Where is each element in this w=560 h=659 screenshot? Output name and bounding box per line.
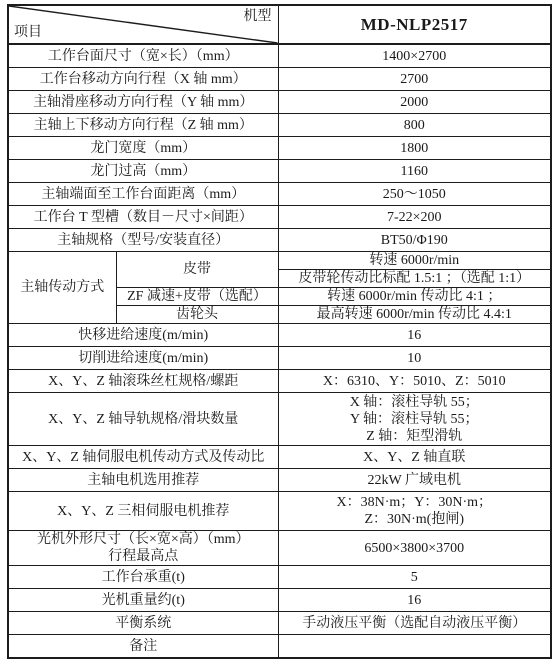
- transmission-group-label: 主轴传动方式: [8, 252, 116, 324]
- spec-label: 工作台 T 型槽（数目－尺寸×间距）: [8, 206, 278, 229]
- spec-sheet: 机型 项目 MD-NLP2517 工作台面尺寸（宽×长）（mm） 1400×27…: [7, 4, 552, 659]
- row-z-travel: 主轴上下移动方向行程（Z 轴 mm） 800: [8, 114, 551, 137]
- spec-value: 5: [278, 566, 551, 589]
- spec-value: BT50/Φ190: [278, 229, 551, 252]
- transmission-zf-value: 转速 6000r/min 传动比 4:1 ；: [278, 288, 551, 306]
- row-servo-link: X、Y、Z 轴伺服电机传动方式及传动比 X、Y、Z 轴直联: [8, 446, 551, 469]
- spec-value: 7-22×200: [278, 206, 551, 229]
- servo-motor-xy: X：38N·m；Y：30N·m；: [282, 494, 548, 511]
- row-t-slot: 工作台 T 型槽（数目－尺寸×间距） 7-22×200: [8, 206, 551, 229]
- spec-label: 主轴规格（型号/安装直径）: [8, 229, 278, 252]
- spec-label: 备注: [8, 635, 278, 659]
- spec-label: 龙门宽度（mm）: [8, 137, 278, 160]
- spec-value: 16: [278, 324, 551, 347]
- spec-value: 2000: [278, 91, 551, 114]
- spec-value: 1400×2700: [278, 44, 551, 68]
- spec-label: 龙门过高（mm）: [8, 160, 278, 183]
- transmission-belt-value-1: 转速 6000r/min: [278, 252, 551, 270]
- machine-size-label-1: 光机外形尺寸（长×宽×高）（mm）: [12, 531, 275, 548]
- model-name: MD-NLP2517: [278, 5, 551, 44]
- diagonal-header-cell: 机型 项目: [8, 5, 278, 44]
- guide-rail-y: Y 轴：滚柱导轨 55；: [282, 411, 548, 428]
- spec-table: 机型 项目 MD-NLP2517 工作台面尺寸（宽×长）（mm） 1400×27…: [7, 4, 552, 659]
- spec-label: 主轴端面至工作台面距离（mm）: [8, 183, 278, 206]
- machine-size-value: 6500×3800×3700: [278, 531, 551, 566]
- row-y-travel: 主轴滑座移动方向行程（Y 轴 mm） 2000: [8, 91, 551, 114]
- spec-value: 1800: [278, 137, 551, 160]
- machine-size-label: 光机外形尺寸（长×宽×高）（mm） 行程最高点: [8, 531, 278, 566]
- row-worktable-size: 工作台面尺寸（宽×长）（mm） 1400×2700: [8, 44, 551, 68]
- transmission-zf-label: ZF 减速+皮带（选配）: [116, 288, 278, 306]
- guide-rail-value: X 轴：滚柱导轨 55； Y 轴：滚柱导轨 55； Z 轴：矩型滑轨: [278, 393, 551, 446]
- spec-label: 切削进给速度(m/min): [8, 347, 278, 370]
- spec-label: X、Y、Z 轴导轨规格/滑块数量: [8, 393, 278, 446]
- row-x-travel: 工作台移动方向行程（X 轴 mm） 2700: [8, 68, 551, 91]
- transmission-belt-label: 皮带: [116, 252, 278, 288]
- spec-label: 快移进给速度(m/min): [8, 324, 278, 347]
- spec-label: X、Y、Z 轴伺服电机传动方式及传动比: [8, 446, 278, 469]
- spec-value: 2700: [278, 68, 551, 91]
- transmission-gear-value: 最高转速 6000r/min 传动比 4.4:1: [278, 306, 551, 324]
- spec-label: 平衡系统: [8, 612, 278, 635]
- row-remarks: 备注: [8, 635, 551, 659]
- spec-label: 工作台面尺寸（宽×长）（mm）: [8, 44, 278, 68]
- transmission-gear-label: 齿轮头: [116, 306, 278, 324]
- spec-value: 16: [278, 589, 551, 612]
- row-gantry-width: 龙门宽度（mm） 1800: [8, 137, 551, 160]
- row-machine-size: 光机外形尺寸（长×宽×高）（mm） 行程最高点 6500×3800×3700: [8, 531, 551, 566]
- row-spindle-spec: 主轴规格（型号/安装直径） BT50/Φ190: [8, 229, 551, 252]
- spec-label: X、Y、Z 轴滚珠丝杠规格/螺距: [8, 370, 278, 393]
- spec-value: 250～1050: [278, 183, 551, 206]
- spec-label: 主轴电机选用推荐: [8, 469, 278, 492]
- spec-value: 800: [278, 114, 551, 137]
- spec-label: 主轴上下移动方向行程（Z 轴 mm）: [8, 114, 278, 137]
- spec-label: 工作台承重(t): [8, 566, 278, 589]
- header-item-label: 项目: [14, 24, 42, 41]
- spec-label: 主轴滑座移动方向行程（Y 轴 mm）: [8, 91, 278, 114]
- row-transmission-belt-1: 主轴传动方式 皮带 转速 6000r/min: [8, 252, 551, 270]
- spec-value: 1160: [278, 160, 551, 183]
- spec-value: 22kW 广域电机: [278, 469, 551, 492]
- header-row: 机型 项目 MD-NLP2517: [8, 5, 551, 44]
- row-balance-system: 平衡系统 手动液压平衡（选配自动液压平衡）: [8, 612, 551, 635]
- row-machine-weight: 光机重量约(t) 16: [8, 589, 551, 612]
- spec-label: 光机重量约(t): [8, 589, 278, 612]
- row-spindle-to-table: 主轴端面至工作台面距离（mm） 250～1050: [8, 183, 551, 206]
- servo-motor-value: X：38N·m；Y：30N·m； Z：30N·m(抱闸): [278, 492, 551, 531]
- row-spindle-motor: 主轴电机选用推荐 22kW 广域电机: [8, 469, 551, 492]
- spec-value: [278, 635, 551, 659]
- row-cutting-feed: 切削进给速度(m/min) 10: [8, 347, 551, 370]
- spec-value: X：6310、Y：5010、Z：5010: [278, 370, 551, 393]
- servo-motor-z: Z：30N·m(抱闸): [282, 511, 548, 528]
- row-rapid-feed: 快移进给速度(m/min) 16: [8, 324, 551, 347]
- spec-value: 10: [278, 347, 551, 370]
- row-table-load: 工作台承重(t) 5: [8, 566, 551, 589]
- row-servo-motor: X、Y、Z 三相伺服电机推荐 X：38N·m；Y：30N·m； Z：30N·m(…: [8, 492, 551, 531]
- spec-label: X、Y、Z 三相伺服电机推荐: [8, 492, 278, 531]
- spec-label: 工作台移动方向行程（X 轴 mm）: [8, 68, 278, 91]
- spec-value: X、Y、Z 轴直联: [278, 446, 551, 469]
- spec-value: 手动液压平衡（选配自动液压平衡）: [278, 612, 551, 635]
- guide-rail-x: X 轴：滚柱导轨 55；: [282, 394, 548, 411]
- row-ballscrew: X、Y、Z 轴滚珠丝杠规格/螺距 X：6310、Y：5010、Z：5010: [8, 370, 551, 393]
- row-guide-rail: X、Y、Z 轴导轨规格/滑块数量 X 轴：滚柱导轨 55； Y 轴：滚柱导轨 5…: [8, 393, 551, 446]
- transmission-belt-value-2: 皮带轮传动比标配 1.5:1 ；（选配 1:1）: [278, 270, 551, 288]
- diagonal-line: [9, 6, 278, 43]
- header-model-label: 机型: [244, 8, 272, 25]
- row-gantry-height: 龙门过高（mm） 1160: [8, 160, 551, 183]
- guide-rail-z: Z 轴：矩型滑轨: [282, 428, 548, 445]
- machine-size-label-2: 行程最高点: [12, 548, 275, 565]
